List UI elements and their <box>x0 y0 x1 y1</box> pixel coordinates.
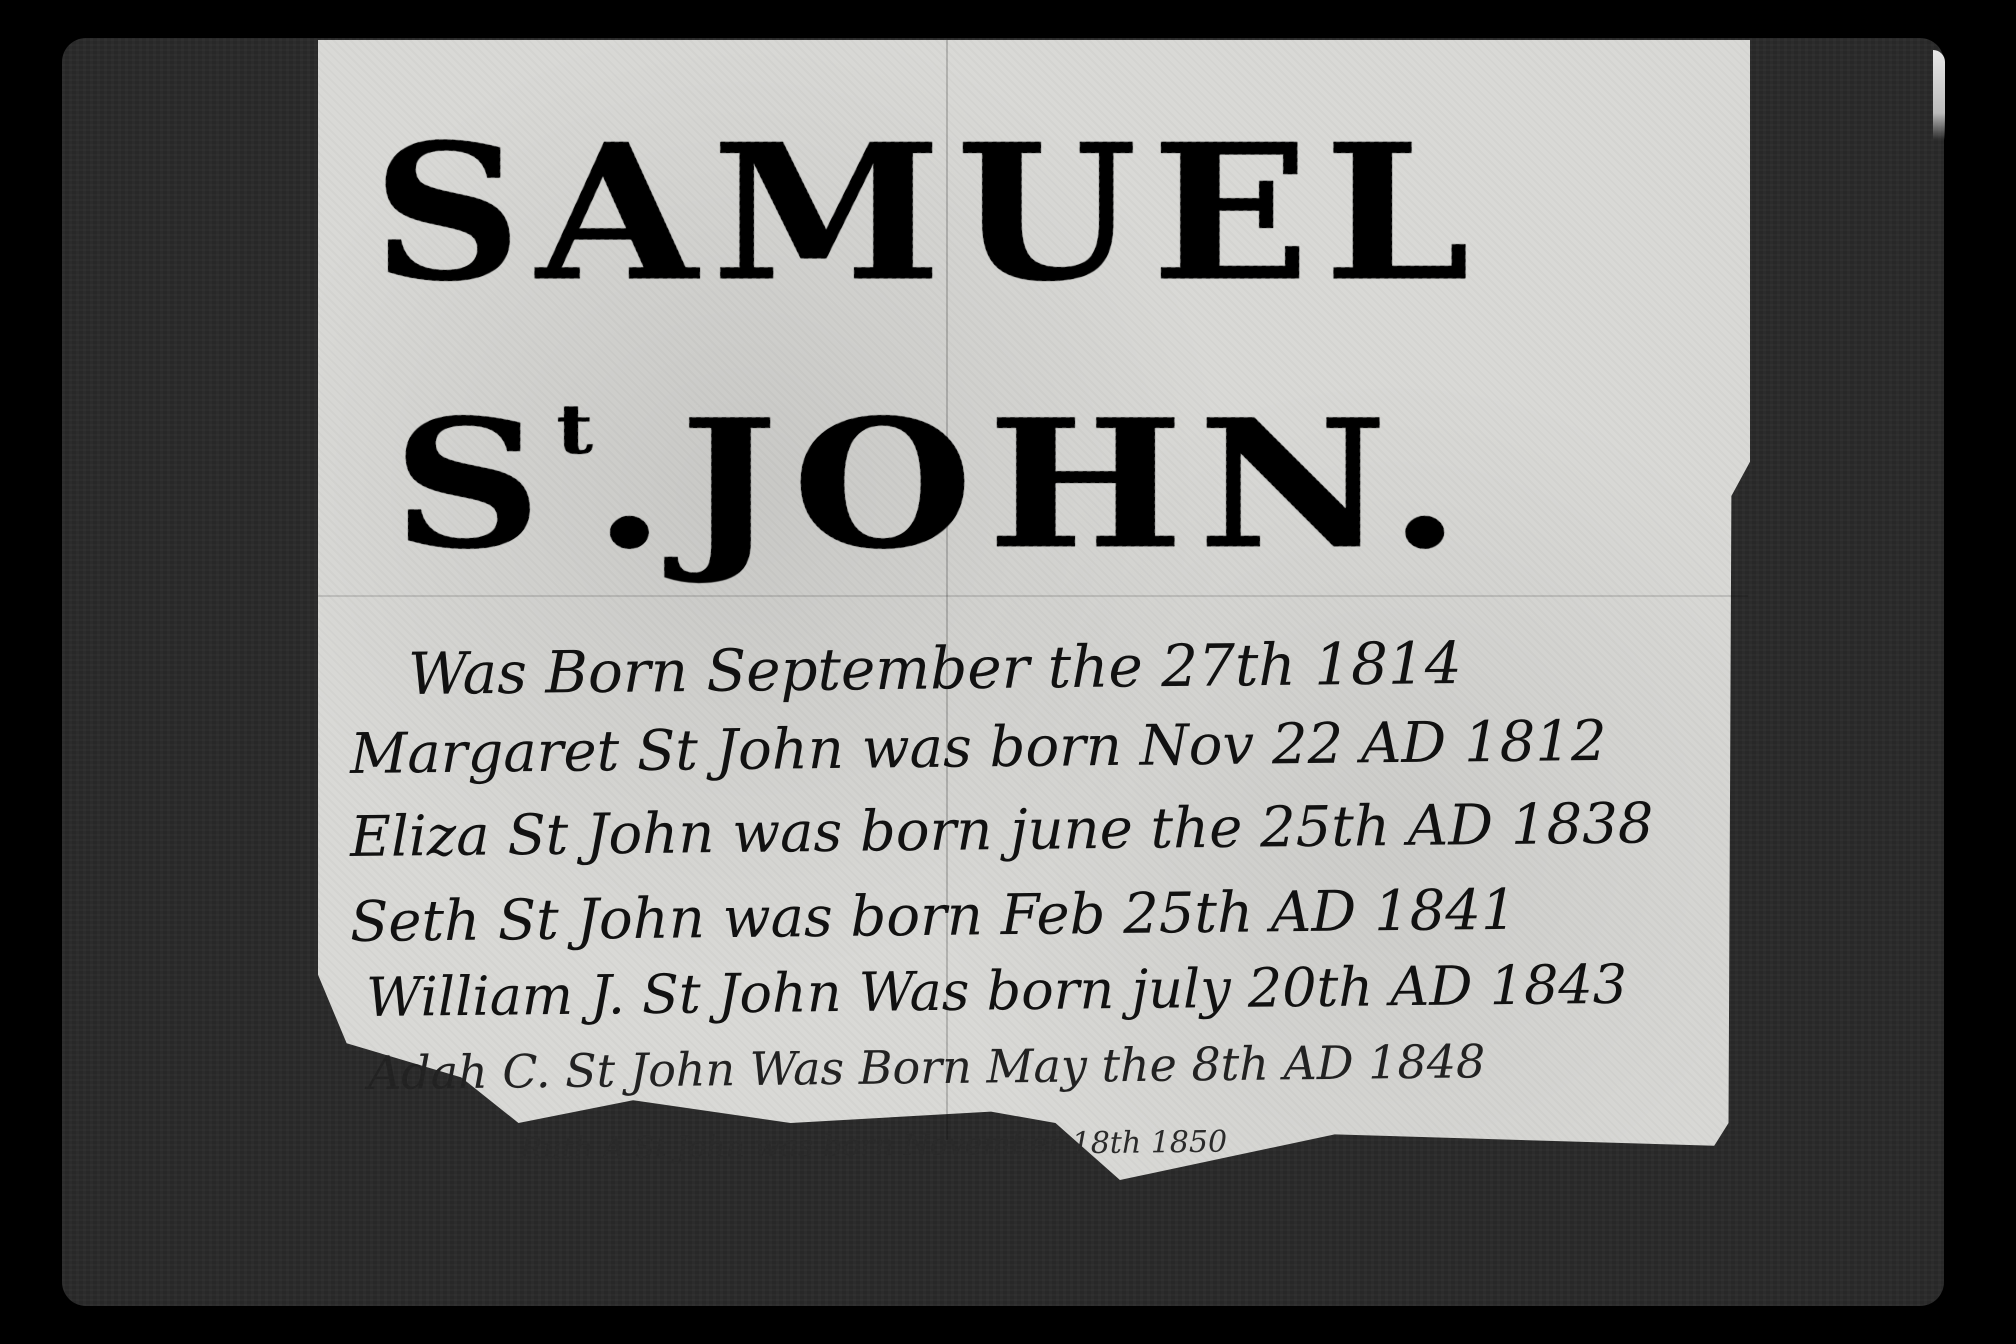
record-entry-margaret: Margaret St John was born Nov 22 AD 1812 <box>350 709 1607 787</box>
heading-surname-rest: .JOHN. <box>593 381 1475 588</box>
record-entry-samuel: Was Born September the 27th 1814 <box>408 629 1462 708</box>
record-entry-seth: Seth St John was born Feb 25th AD 1841 <box>350 878 1517 955</box>
heading-surname-sup: t <box>556 389 593 469</box>
horizontal-fold-line <box>318 595 1748 597</box>
record-entry-ruth: Ruth A St John was born November 18th 18… <box>520 1125 1227 1167</box>
heading-first-name: SAMUEL <box>372 120 1484 307</box>
heading-surname: St.JOHN. <box>392 395 1475 574</box>
record-entry-william: William J. St John Was born july 20th AD… <box>366 953 1628 1029</box>
heading-surname-prefix: S <box>392 381 556 588</box>
board-edge-highlight <box>1933 50 1945 140</box>
record-entry-eliza: Eliza St John was born june the 25th AD … <box>350 791 1654 870</box>
